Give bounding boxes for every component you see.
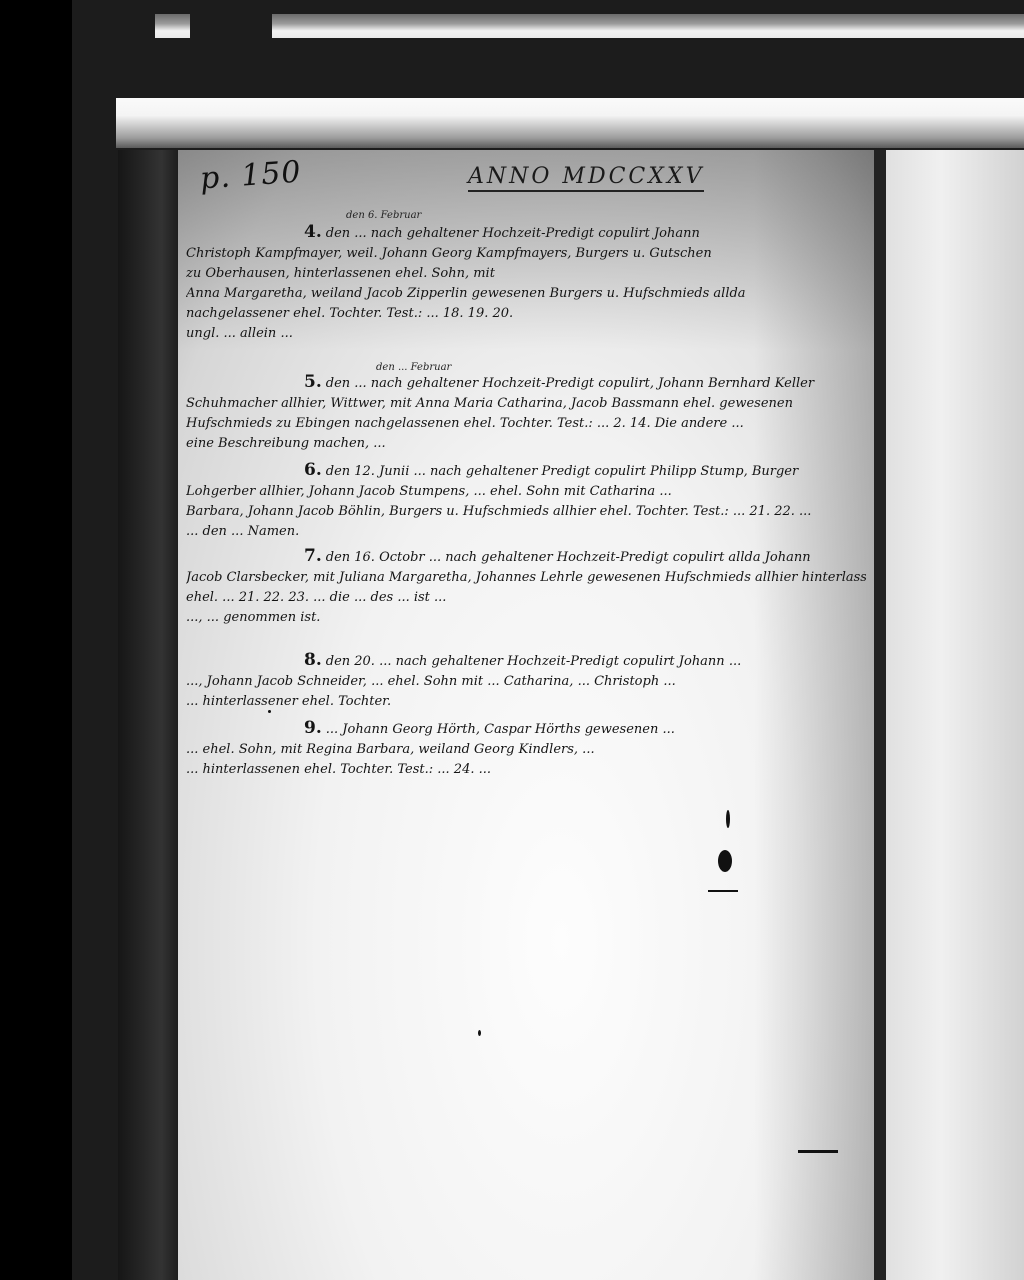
entry-number: 7. bbox=[304, 546, 322, 566]
entry-number: 8. bbox=[304, 650, 322, 670]
entry-line: ... hinterlassener ehel. Tochter. bbox=[186, 692, 866, 712]
entry-line: den 20. ... nach gehaltener Hochzeit-Pre… bbox=[326, 654, 741, 669]
year-heading: ANNO MDCCXXV bbox=[468, 164, 704, 192]
page-gutter bbox=[874, 150, 886, 1280]
entry-line: Schuhmacher allhier, Wittwer, mit Anna M… bbox=[186, 394, 866, 414]
facing-page bbox=[886, 150, 1024, 1280]
film-border-left bbox=[0, 0, 72, 1280]
ink-blot bbox=[718, 850, 732, 872]
entry-line: ungl. ... allein ... bbox=[186, 324, 866, 344]
folio-number: p. 150 bbox=[199, 155, 303, 197]
entry-line: ... Johann Georg Hörth, Caspar Hörths ge… bbox=[326, 722, 675, 737]
book-binding bbox=[118, 150, 180, 1280]
ink-speck bbox=[478, 1030, 481, 1036]
entry-line: zu Oberhausen, hinterlassenen ehel. Sohn… bbox=[186, 264, 866, 284]
entry-line: Jacob Clarsbecker, mit Juliana Margareth… bbox=[186, 568, 866, 588]
entry-line: nachgelassener ehel. Tochter. Test.: ...… bbox=[186, 304, 866, 324]
entry-number: 6. bbox=[304, 460, 322, 480]
entry-date-note: den 6. Februar bbox=[346, 210, 421, 221]
register-page: p. 150 ANNO MDCCXXV den 6. Februar 4.den… bbox=[178, 150, 874, 1280]
ink-stroke bbox=[798, 1150, 838, 1153]
entry-line: Lohgerber allhier, Johann Jacob Stumpens… bbox=[186, 482, 866, 502]
entry-number: 5. bbox=[304, 372, 322, 392]
register-entry: 7.den 16. Octobr ... nach gehaltener Hoc… bbox=[186, 546, 866, 628]
entry-line: eine Beschreibung machen, ... bbox=[186, 434, 866, 454]
entry-line: ... ehel. Sohn, mit Regina Barbara, weil… bbox=[186, 740, 866, 760]
page-edge-strip bbox=[116, 98, 1024, 148]
entry-line: Anna Margaretha, weiland Jacob Zipperlin… bbox=[186, 284, 866, 304]
entry-line: ..., Johann Jacob Schneider, ... ehel. S… bbox=[186, 672, 866, 692]
page-edge-strip-top bbox=[155, 14, 1024, 38]
film-notch bbox=[190, 0, 272, 40]
entry-line: Christoph Kampfmayer, weil. Johann Georg… bbox=[186, 244, 866, 264]
entry-line: den 16. Octobr ... nach gehaltener Hochz… bbox=[326, 550, 811, 565]
register-entry: 5.den ... nach gehaltener Hochzeit-Predi… bbox=[186, 372, 866, 454]
entry-line: ... den ... Namen. bbox=[186, 522, 866, 542]
entry-number: 9. bbox=[304, 718, 322, 738]
entry-line: ..., ... genommen ist. bbox=[186, 608, 866, 628]
register-entry: 8.den 20. ... nach gehaltener Hochzeit-P… bbox=[186, 650, 866, 712]
entry-line: Barbara, Johann Jacob Böhlin, Burgers u.… bbox=[186, 502, 866, 522]
ink-speck bbox=[726, 810, 730, 828]
ink-speck bbox=[268, 710, 271, 713]
entry-line: den ... nach gehaltener Hochzeit-Predigt… bbox=[326, 226, 700, 241]
entry-line: Hufschmieds zu Ebingen nachgelassenen eh… bbox=[186, 414, 866, 434]
register-entry: 9.... Johann Georg Hörth, Caspar Hörths … bbox=[186, 718, 866, 780]
entry-line: den 12. Junii ... nach gehaltener Predig… bbox=[326, 464, 798, 479]
entry-line: den ... nach gehaltener Hochzeit-Predigt… bbox=[326, 376, 814, 391]
entry-line: ... hinterlassenen ehel. Tochter. Test.:… bbox=[186, 760, 866, 780]
entry-number: 4. bbox=[304, 222, 322, 242]
register-entry: 6.den 12. Junii ... nach gehaltener Pred… bbox=[186, 460, 866, 542]
register-entry: 4.den ... nach gehaltener Hochzeit-Predi… bbox=[186, 222, 866, 344]
ink-stroke bbox=[708, 890, 738, 892]
entry-line: ehel. ... 21. 22. 23. ... die ... des ..… bbox=[186, 588, 866, 608]
